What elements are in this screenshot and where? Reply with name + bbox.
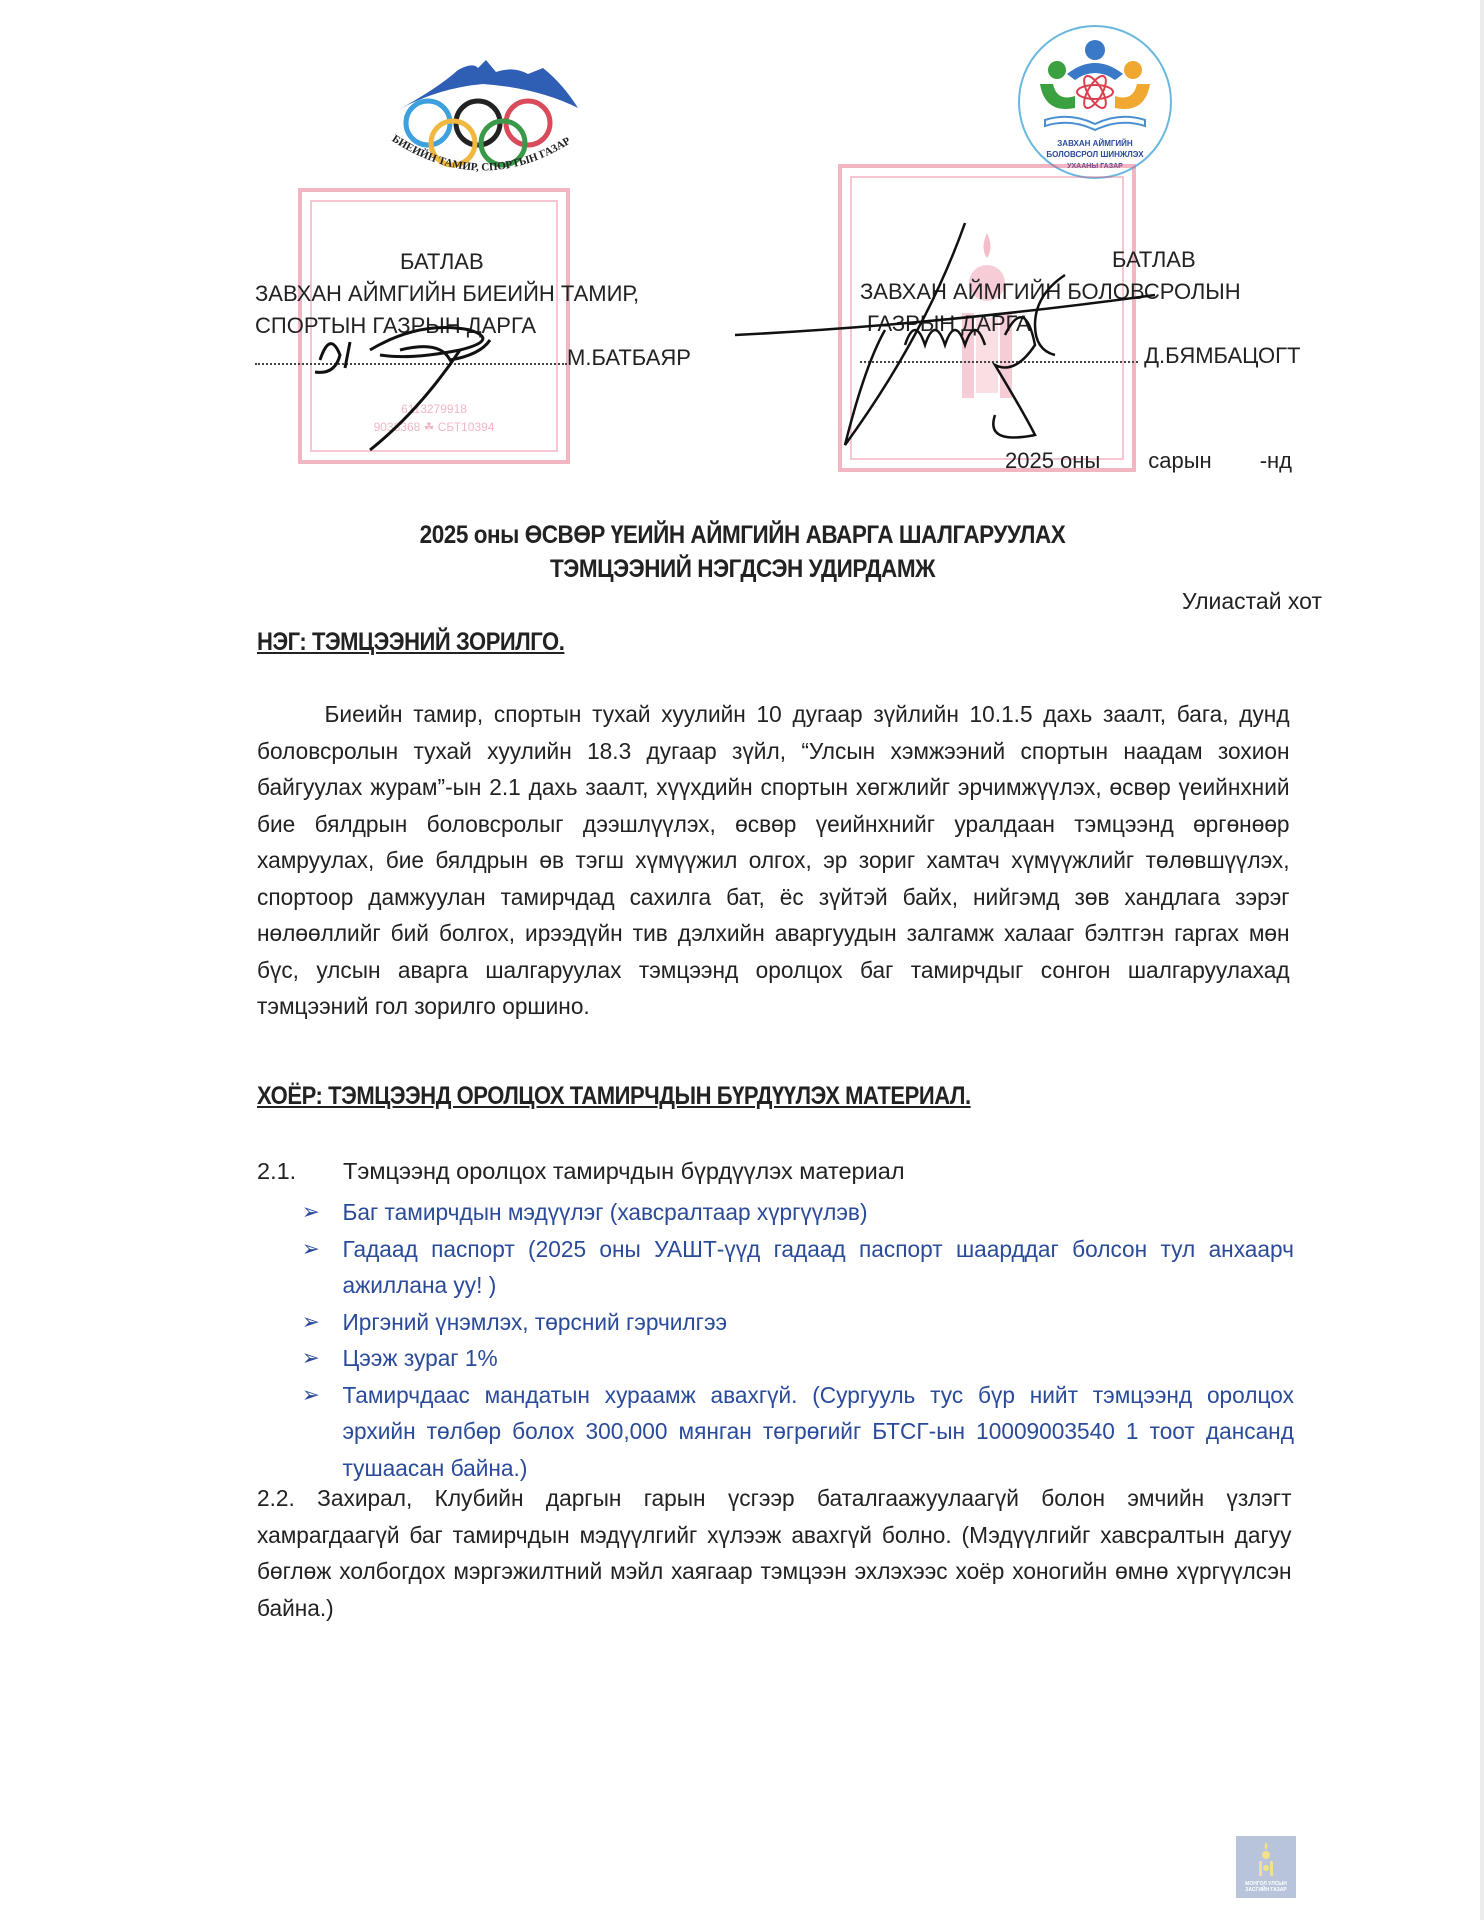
olympic-rings-mountain-icon: БИЕИЙН ТАМИР, СПОРТЫН ГАЗАР [378, 48, 588, 178]
stamp-number: 6113279918 [302, 402, 566, 416]
gov-caption: ЗАСГИЙН ГАЗАР [1236, 1887, 1296, 1893]
arrow-bullet-icon: ➢ [302, 1340, 320, 1377]
list-item: ➢Тамирчдаас мандатын хураамж авахгүй. (С… [300, 1377, 1294, 1487]
item-number: 2.1. [257, 1158, 343, 1185]
arrow-bullet-icon: ➢ [302, 1377, 320, 1414]
approval-block-left: БАТЛАВ ЗАВХАН АЙМГИЙН БИЕИЙН ТАМИР, СПОР… [255, 246, 725, 374]
soyombo-icon [1258, 1842, 1274, 1876]
education-dept-icon: ЗАВХАН АЙМГИЙН БОЛОВСРОЛ ШИНЖЛЭХ УХААНЫ … [1005, 22, 1185, 182]
document-title: 2025 оны ӨСВӨР ҮЕИЙН АЙМГИЙН АВАРГА ШАЛГ… [304, 518, 1182, 586]
approver-org-line1: ЗАВХАН АЙМГИЙН БИЕИЙН ТАМИР, [255, 278, 725, 310]
government-watermark: МОНГОЛ УЛСЫНЗАСГИЙН ГАЗАР [1236, 1836, 1296, 1898]
arrow-bullet-icon: ➢ [302, 1304, 320, 1341]
svg-text:ЗАВХАН АЙМГИЙН: ЗАВХАН АЙМГИЙН [1057, 139, 1133, 148]
approver-org-line2: ГАЗРЫН ДАРГА [860, 308, 1320, 340]
arrow-bullet-icon: ➢ [302, 1231, 320, 1268]
signature-line [255, 363, 567, 365]
approval-date: 2025 онысарын-нд [1005, 448, 1292, 474]
sport-org-logo: БИЕИЙН ТАМИР, СПОРТЫН ГАЗАР [378, 48, 588, 178]
edu-org-logo: ЗАВХАН АЙМГИЙН БОЛОВСРОЛ ШИНЖЛЭХ УХААНЫ … [1005, 22, 1185, 182]
approval-label: БАТЛАВ [255, 246, 725, 278]
stamp-number: 9038368 ☘ СБТ10394 [302, 420, 566, 434]
page-edge [1480, 0, 1484, 1920]
svg-text:БОЛОВСРОЛ ШИНЖЛЭХ: БОЛОВСРОЛ ШИНЖЛЭХ [1046, 150, 1144, 159]
arrow-bullet-icon: ➢ [302, 1194, 320, 1231]
approver-org-line1: ЗАВХАН АЙМГИЙН БОЛОВСРОЛЫН [860, 276, 1320, 308]
signature-line [860, 361, 1138, 363]
document-city: Улиастай хот [1182, 588, 1322, 615]
materials-list: ➢Баг тамирчдын мэдүүлэг (хавсралтаар хүр… [300, 1194, 1330, 1486]
approval-label: БАТЛАВ [860, 244, 1320, 276]
signer-name: М.БАТБАЯР [567, 345, 691, 370]
section-1-heading: НЭГ: ТЭМЦЭЭНИЙ ЗОРИЛГО. [257, 628, 564, 657]
list-item: ➢Цээж зураг 1% [300, 1340, 1294, 1377]
title-line-2: ТЭМЦЭЭНИЙ НЭГДСЭН УДИРДАМЖ [304, 552, 1182, 586]
item-text: Тэмцээнд оролцох тамирчдын бүрдүүлэх мат… [343, 1158, 905, 1184]
list-item: ➢Гадаад паспорт (2025 оны УАШТ-үүд гадаа… [300, 1231, 1294, 1304]
date-year: 2025 оны [1005, 448, 1100, 473]
approver-org-line2: СПОРТЫН ГАЗРЫН ДАРГА [255, 310, 725, 342]
date-day: -нд [1260, 448, 1292, 473]
approval-block-right: БАТЛАВ ЗАВХАН АЙМГИЙН БОЛОВСРОЛЫН ГАЗРЫН… [860, 244, 1320, 372]
signer-name: Д.БЯМБАЦОГТ [1144, 343, 1300, 368]
item-2-2: 2.2. Захирал, Клубийн даргын гарын үсгээ… [257, 1480, 1291, 1626]
section-2-heading: ХОЁР: ТЭМЦЭЭНД ОРОЛЦОХ ТАМИРЧДЫН БҮРДҮҮЛ… [257, 1082, 971, 1111]
list-item: ➢Баг тамирчдын мэдүүлэг (хавсралтаар хүр… [300, 1194, 1294, 1231]
list-item: ➢Иргэний үнэмлэх, төрсний гэрчилгээ [300, 1304, 1294, 1341]
item-2-1: 2.1.Тэмцээнд оролцох тамирчдын бүрдүүлэх… [257, 1158, 905, 1185]
title-line-1: 2025 оны ӨСВӨР ҮЕИЙН АЙМГИЙН АВАРГА ШАЛГ… [304, 518, 1182, 552]
section-1-paragraph: Биеийн тамир, спортын тухай хуулийн 10 д… [257, 696, 1290, 1025]
date-month: сарын [1148, 448, 1211, 473]
